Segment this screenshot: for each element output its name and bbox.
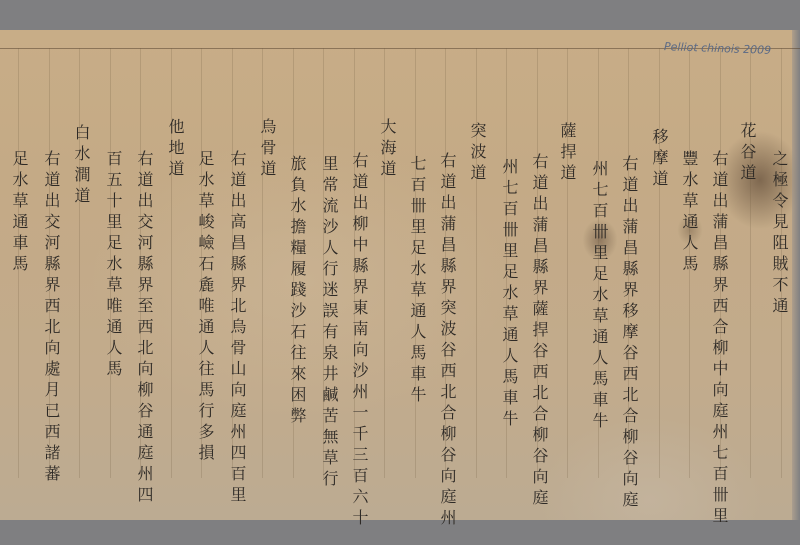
column-ruling (476, 48, 477, 478)
route-title: 薩捍道 (558, 122, 576, 185)
paper-edge (792, 30, 800, 520)
route-title: 花谷道 (738, 122, 756, 185)
column-ruling (750, 48, 751, 478)
column-ruling (567, 48, 568, 478)
route-title: 大海道 (378, 118, 396, 181)
column-ruling (171, 48, 172, 478)
column-ruling (79, 48, 80, 478)
text-column: 右道出蒲昌縣界移摩谷西北合柳谷向庭 (620, 155, 638, 512)
column-ruling (384, 48, 385, 478)
column-ruling (262, 48, 263, 478)
text-column: 足水草峻嶮石麁唯通人往馬行多損 (196, 150, 214, 465)
route-title: 突波道 (468, 122, 486, 185)
text-column: 右道出高昌縣界北烏骨山向庭州四百里 (228, 150, 246, 507)
text-column: 州七百卌里足水草通人馬車牛 (590, 160, 608, 433)
text-column: 旅負水擔糧履踐沙石往來困弊 (288, 155, 306, 428)
text-column: 右道出交河縣界西北向處月已西諸蕃 (42, 150, 60, 486)
text-column: 里常流沙人行迷誤有泉井鹹苦無草行 (320, 155, 338, 491)
text-column: 右道出蒲昌縣界西合柳中向庭州七百卌里 (710, 150, 728, 528)
text-column: 右道出交河縣界至西北向柳谷通庭州四 (135, 150, 153, 507)
route-title: 白水澗道 (72, 124, 90, 208)
text-column: 百五十里足水草唯通人馬 (104, 150, 122, 381)
route-title: 他地道 (166, 118, 184, 181)
text-column: 之極令見阻賊不通 (770, 150, 788, 318)
text-column: 七百卌里足水草通人馬車牛 (408, 155, 426, 407)
route-title: 移摩道 (650, 128, 668, 191)
text-column: 右道出蒲昌縣界薩捍谷西北合柳谷向庭 (530, 153, 548, 510)
route-title: 烏骨道 (258, 118, 276, 181)
text-column: 右道出柳中縣界東南向沙州一千三百六十 (350, 152, 368, 530)
text-column: 州七百卌里足水草通人馬車牛 (500, 158, 518, 431)
text-column: 足水草通車馬 (10, 150, 28, 276)
text-column: 右道出蒲昌縣界突波谷西北合柳谷向庭州 (438, 152, 456, 530)
text-column: 豐水草通人馬 (680, 150, 698, 276)
column-ruling (659, 48, 660, 478)
